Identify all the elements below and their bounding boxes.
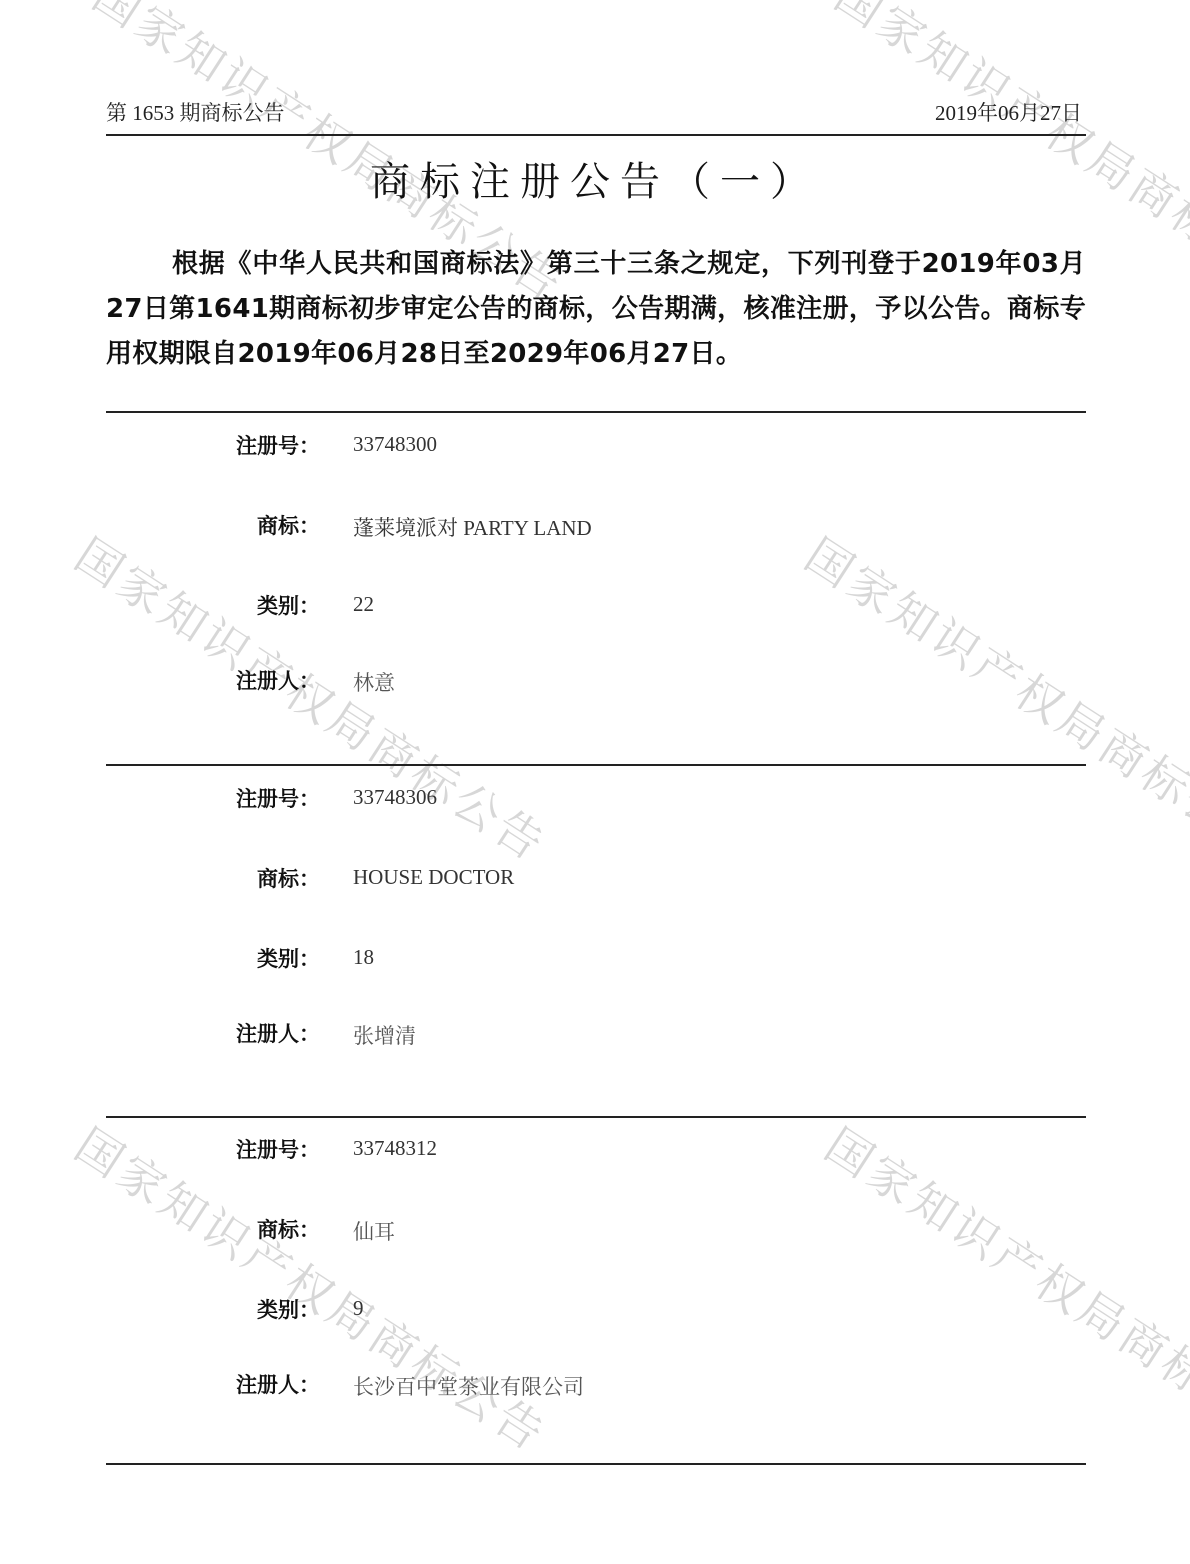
mark-value: 蓬莱境派对 PARTY LAND xyxy=(353,512,592,542)
registrant-value: 张增清 xyxy=(353,1020,416,1050)
registrant-value: 林意 xyxy=(353,667,395,697)
section-divider xyxy=(106,1116,1086,1118)
section-divider xyxy=(106,764,1086,766)
reg-no-label: 注册号： xyxy=(236,430,320,460)
reg-no-value: 33748312 xyxy=(353,1136,437,1161)
mark-label: 商标： xyxy=(257,863,320,893)
registrant-value: 长沙百中堂茶业有限公司 xyxy=(353,1371,584,1401)
class-value: 18 xyxy=(353,945,374,970)
mark-value: HOUSE DOCTOR xyxy=(353,865,514,890)
reg-no-label: 注册号： xyxy=(236,1134,320,1164)
field-registrant: 注册人： 林意 xyxy=(0,665,1190,697)
publication-date: 2019年06月27日 xyxy=(935,97,1082,127)
registrant-label: 注册人： xyxy=(236,665,320,695)
field-registrant: 注册人： 长沙百中堂茶业有限公司 xyxy=(0,1369,1190,1401)
mark-label: 商标： xyxy=(257,510,320,540)
registrant-label: 注册人： xyxy=(236,1018,320,1048)
registrant-label: 注册人： xyxy=(236,1369,320,1399)
class-value: 9 xyxy=(353,1296,364,1321)
class-label: 类别： xyxy=(257,943,320,973)
document-page: 国家知识产权局商标公告 国家知识产权局商标公告 国家知识产权局商标公告 国家知识… xyxy=(0,0,1190,1564)
field-class: 类别： 22 xyxy=(0,590,1190,622)
mark-value: 仙耳 xyxy=(353,1216,395,1246)
field-reg-no: 注册号： 33748312 xyxy=(0,1134,1190,1166)
watermark: 国家知识产权局商标公告 xyxy=(64,520,561,875)
field-registrant: 注册人： 张增清 xyxy=(0,1018,1190,1050)
field-mark: 商标： 蓬莱境派对 PARTY LAND xyxy=(0,510,1190,542)
class-label: 类别： xyxy=(257,1294,320,1324)
issue-number: 第 1653 期商标公告 xyxy=(106,97,285,127)
field-class: 类别： 18 xyxy=(0,943,1190,975)
field-mark: 商标： HOUSE DOCTOR xyxy=(0,863,1190,895)
field-reg-no: 注册号： 33748300 xyxy=(0,430,1190,462)
field-class: 类别： 9 xyxy=(0,1294,1190,1326)
class-label: 类别： xyxy=(257,590,320,620)
section-divider xyxy=(106,1463,1086,1465)
reg-no-label: 注册号： xyxy=(236,783,320,813)
watermark: 国家知识产权局商标公告 xyxy=(794,520,1190,875)
class-value: 22 xyxy=(353,592,374,617)
header-divider xyxy=(106,134,1086,136)
field-mark: 商标： 仙耳 xyxy=(0,1214,1190,1246)
mark-label: 商标： xyxy=(257,1214,320,1244)
page-title: 商标注册公告（一） xyxy=(0,150,1190,207)
section-divider xyxy=(106,411,1086,413)
field-reg-no: 注册号： 33748306 xyxy=(0,783,1190,815)
reg-no-value: 33748300 xyxy=(353,432,437,457)
intro-paragraph: 根据《中华人民共和国商标法》第三十三条之规定，下列刊登于2019年03月27日第… xyxy=(106,242,1086,377)
reg-no-value: 33748306 xyxy=(353,785,437,810)
